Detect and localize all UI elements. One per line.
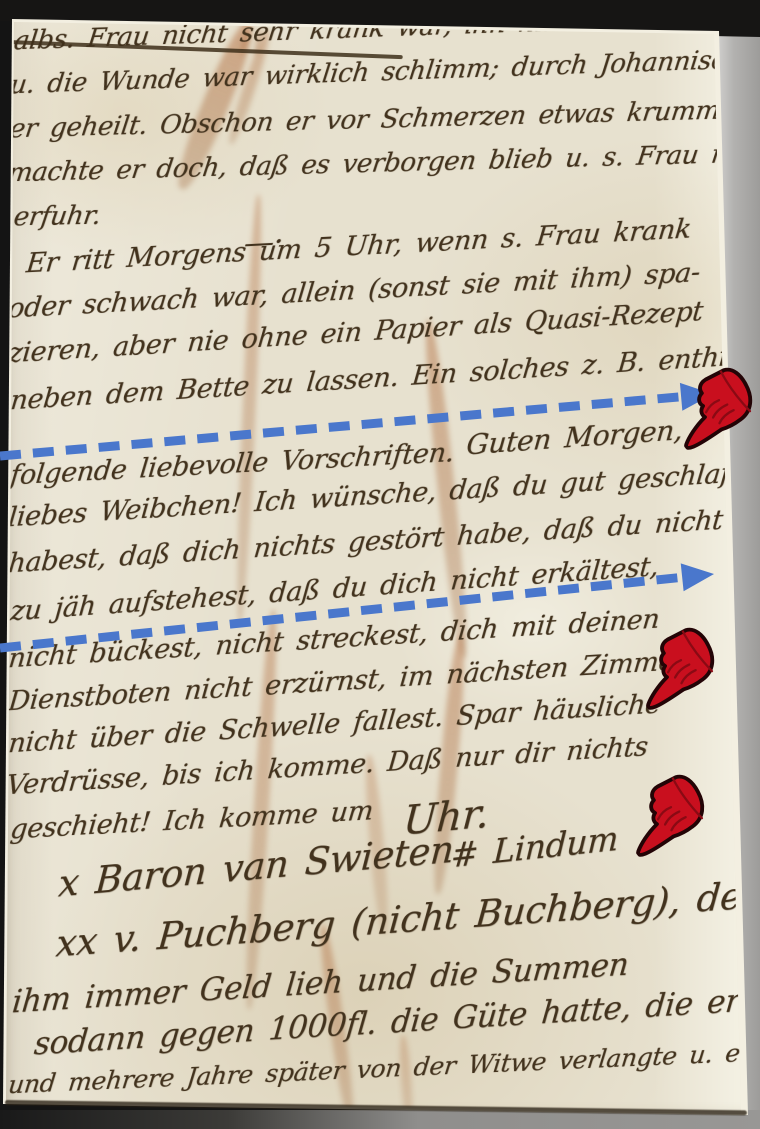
handwriting-line: geschieht! Ich komme um [9, 795, 375, 845]
handwriting-line: er geheilt. Obschon er vor Schmerzen etw… [8, 94, 760, 145]
handwriting-line: machte er doch, daß es verborgen blieb u… [6, 138, 760, 189]
handwriting-line: erfuhr. [12, 200, 103, 232]
photograph-background: albs. Frau nicht sehr krank war, ihn hin… [0, 0, 760, 1129]
handwriting-line: Guten Morgen, [465, 413, 684, 461]
manuscript-page: albs. Frau nicht sehr krank war, ihn hin… [0, 0, 760, 1129]
